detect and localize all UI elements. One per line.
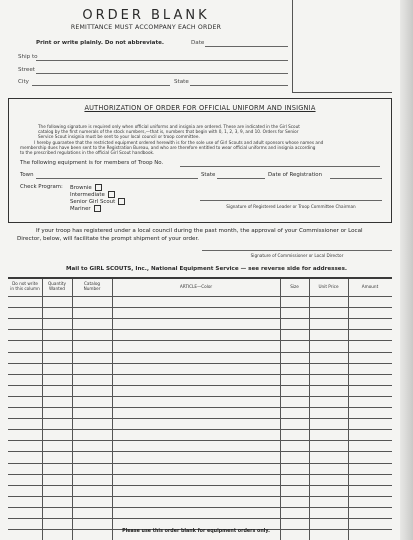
city-label: City: [18, 79, 29, 85]
program-option-senior-girl-scout[interactable]: Senior Girl Scout: [70, 198, 125, 205]
table-row[interactable]: [8, 496, 392, 497]
leader-signature-caption: Signature of Registered Leader or Troop …: [200, 204, 382, 209]
table-row[interactable]: [8, 396, 392, 397]
table-row[interactable]: [8, 451, 392, 452]
registration-date-field[interactable]: [330, 178, 382, 179]
check-program-label: Check Program:: [20, 184, 63, 190]
program-option-intermediate[interactable]: Intermediate: [70, 191, 115, 198]
table-row[interactable]: [8, 385, 392, 386]
table-row[interactable]: [8, 485, 392, 486]
column-header-size: Size: [280, 284, 309, 289]
auth-state-field[interactable]: [217, 178, 265, 179]
auth-state-label: State: [201, 172, 215, 178]
corner-bracket-horizontal: [292, 92, 392, 93]
table-row[interactable]: [8, 474, 392, 475]
commissioner-signature-caption: Signature of Commissioner or Local Direc…: [202, 253, 392, 258]
ship-to-label: Ship to: [18, 54, 38, 60]
commissioner-text-line-2: Director, below, will facilitate the pro…: [17, 235, 199, 243]
authorization-title: AUTHORIZATION OF ORDER FOR OFFICIAL UNIF…: [8, 104, 392, 112]
registration-date-label: Date of Registration: [268, 172, 322, 178]
state-field[interactable]: [190, 85, 288, 86]
town-label: Town: [20, 172, 34, 178]
authorization-paragraph-2-line-3: to the prescribed regulations in the off…: [20, 150, 154, 155]
mariner-checkbox[interactable]: [94, 205, 101, 212]
table-row[interactable]: [8, 440, 392, 441]
intermediate-checkbox[interactable]: [108, 191, 115, 198]
column-header-quantity: Quantity Wanted: [42, 281, 72, 291]
corner-bracket-vertical: [292, 0, 293, 92]
leader-signature-field[interactable]: [200, 200, 382, 201]
column-header-do-not-write: Do not write in this column: [8, 281, 42, 291]
state-label: State: [174, 79, 189, 85]
table-row[interactable]: [8, 407, 392, 408]
form-title: ORDER BLANK: [0, 8, 292, 23]
table-row[interactable]: [8, 518, 392, 519]
senior-girl-scout-checkbox[interactable]: [118, 198, 125, 205]
table-row[interactable]: [8, 507, 392, 508]
table-top-rule: [8, 277, 392, 279]
column-header-line: in this column: [8, 286, 42, 291]
brownie-checkbox[interactable]: [95, 184, 102, 191]
column-header-article-color: ARTICLE—Color: [112, 284, 280, 289]
city-field[interactable]: [32, 85, 170, 86]
column-header-catalog-number: Catalog Number: [72, 281, 112, 291]
table-row[interactable]: [8, 296, 392, 297]
troop-number-field[interactable]: [180, 166, 380, 167]
table-row[interactable]: [8, 352, 392, 353]
table-row[interactable]: [8, 463, 392, 464]
print-instruction: Print or write plainly. Do not abbreviat…: [36, 40, 164, 46]
table-row[interactable]: [8, 374, 392, 375]
table-row[interactable]: [8, 363, 392, 364]
date-field[interactable]: [205, 46, 288, 47]
table-row[interactable]: [8, 418, 392, 419]
authorization-paragraph-1-line-3: Service Scout insignia must be sent to y…: [38, 134, 200, 139]
form-subtitle: REMITTANCE MUST ACCOMPANY EACH ORDER: [0, 24, 292, 31]
ship-to-field[interactable]: [36, 60, 288, 61]
footer-note: Please use this order blank for equipmen…: [112, 529, 280, 534]
mail-instruction: Mail to GIRL SCOUTS, Inc., National Equi…: [0, 266, 413, 272]
table-row[interactable]: [8, 329, 392, 330]
town-field[interactable]: [36, 178, 198, 179]
table-row[interactable]: [8, 307, 392, 308]
table-row[interactable]: [8, 318, 392, 319]
column-header-line: Number: [72, 286, 112, 291]
program-option-brownie[interactable]: Brownie: [70, 184, 102, 191]
troop-number-label: The following equipment is for members o…: [20, 160, 163, 166]
program-option-mariner[interactable]: Mariner: [70, 205, 101, 212]
column-header-unit-price: Unit Price: [309, 284, 348, 289]
commissioner-text-line-1: If your troop has registered under a loc…: [36, 227, 363, 235]
street-label: Street: [18, 67, 35, 73]
table-row[interactable]: [8, 340, 392, 341]
street-field[interactable]: [36, 73, 288, 74]
column-header-line: Wanted: [42, 286, 72, 291]
date-label: Date: [191, 40, 204, 46]
program-label-mariner: Mariner: [70, 206, 91, 212]
commissioner-signature-field[interactable]: [202, 250, 392, 251]
column-header-amount: Amount: [348, 284, 392, 289]
table-row[interactable]: [8, 429, 392, 430]
